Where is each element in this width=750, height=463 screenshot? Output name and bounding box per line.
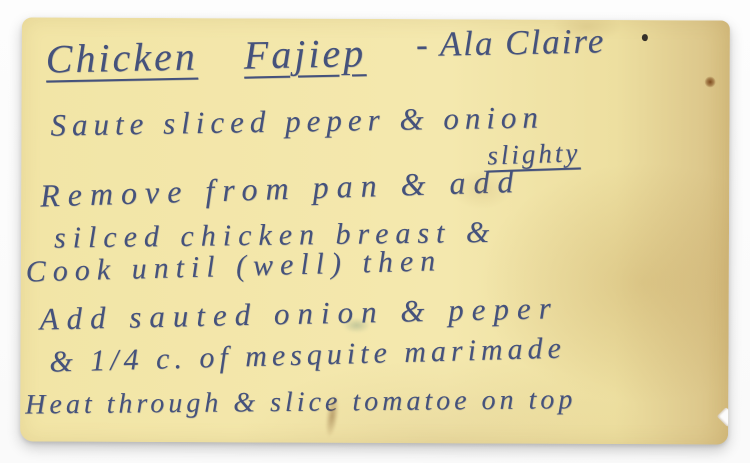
line-add-sauteed-onion-pepper: Add sauted onion & peper: [39, 290, 559, 337]
photo-background: ChickenFajiep- Ala Claire Saute sliced p…: [0, 0, 750, 463]
line-mesquite-marinade: & 1/4 c. of mesquite marimade: [49, 332, 566, 380]
brown-spot-stain: [705, 76, 716, 87]
line-saute-peppers-onion: Saute sliced peper & onion: [50, 99, 544, 143]
ink-dot-stain: [642, 34, 648, 41]
title-attribution: - Ala Claire: [416, 21, 606, 64]
title-word-fajiep: Fajiep: [243, 30, 366, 77]
title-line: ChickenFajiep- Ala Claire: [45, 24, 606, 82]
line-heat-through-tomato: Heat through & slice tomatoe on top: [25, 384, 576, 421]
title-word-chicken: Chicken: [45, 34, 198, 82]
recipe-card: ChickenFajiep- Ala Claire Saute sliced p…: [20, 17, 730, 444]
edge-notch: [717, 407, 730, 427]
line-remove-from-pan: Remove from pan & add: [40, 163, 522, 215]
